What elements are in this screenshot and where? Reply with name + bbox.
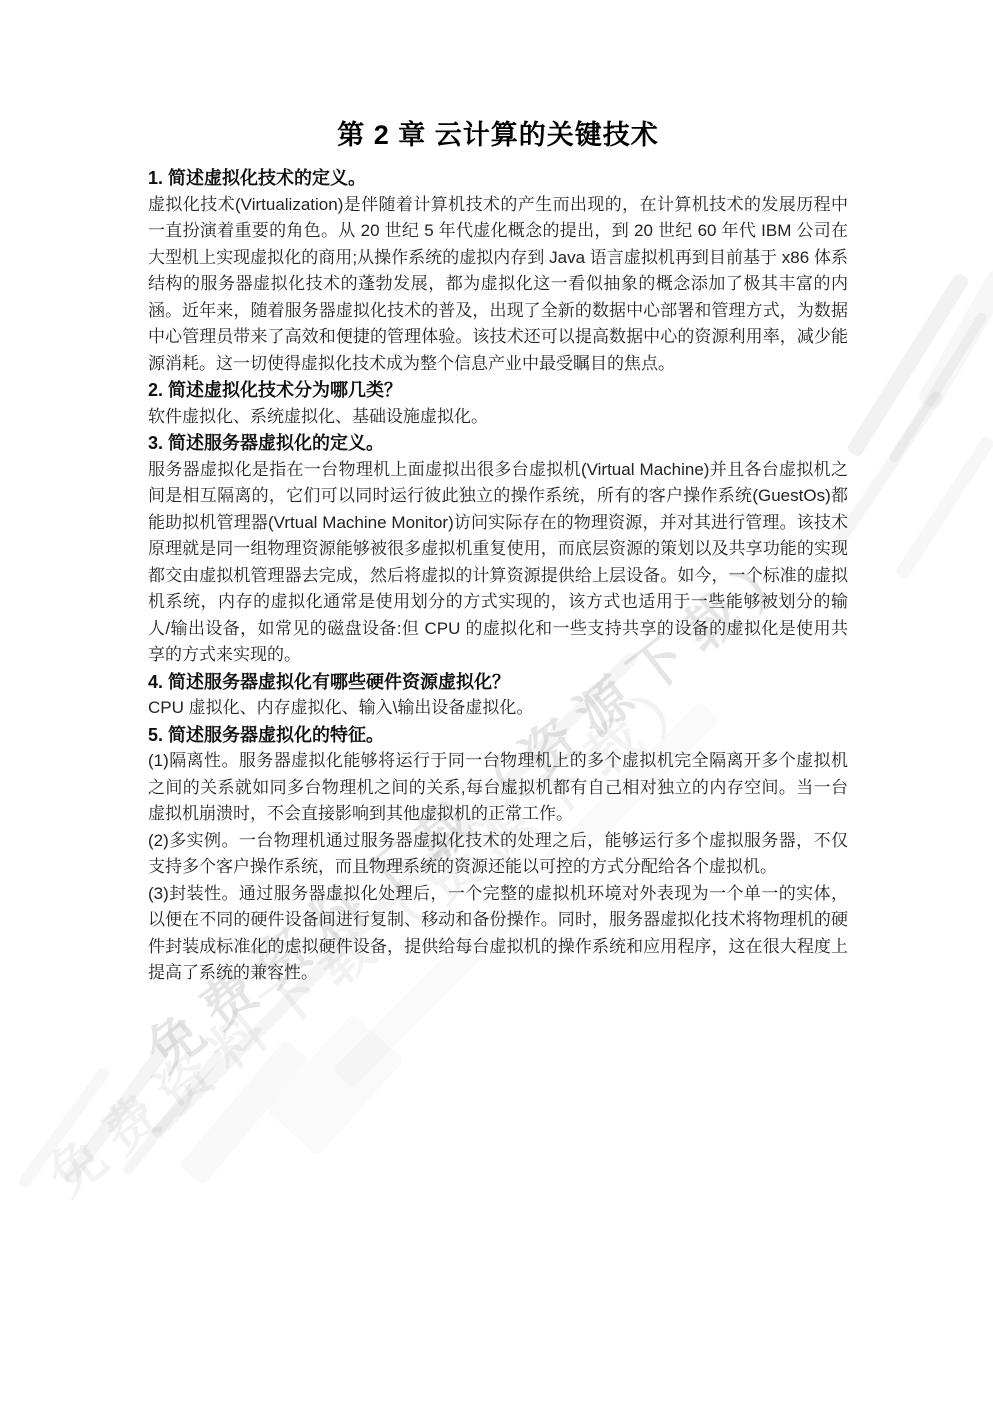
diagonal-streak [887,311,988,465]
diagonal-streak [179,1039,310,1186]
diagonal-streak [846,272,971,459]
question-3-heading: 3. 简述服务器虚拟化的定义。 [148,430,848,457]
answer-5-paragraph-3: (3)封装性。通过服务器虚拟化处理后，一个完整的虚拟机环境对外表现为一个单一的实… [148,881,848,987]
question-1-heading: 1. 简述虚拟化技术的定义。 [148,165,848,192]
answer-4-paragraph: CPU 虚拟化、内存虚拟化、输入\输出设备虚拟化。 [148,695,848,722]
diagonal-streak [265,1013,404,1156]
answer-2-paragraph: 软件虚拟化、系统虚拟化、基础设施虚拟化。 [148,404,848,431]
diagonal-streak [17,1065,112,1189]
question-5-heading: 5. 简述服务器虚拟化的特征。 [148,722,848,749]
answer-5-paragraph-2: (2)多实例。一台物理机通过服务器虚拟化技术的处理之后，能够运行多个虚拟服务器，… [148,828,848,881]
answer-3-paragraph: 服务器虚拟化是指在一台物理机上面虚拟出很多台虚拟机(Virtual Machin… [148,457,848,669]
document-content: 第 2 章 云计算的关键技术 1. 简述虚拟化技术的定义。 虚拟化技术(Virt… [148,116,848,987]
question-2-heading: 2. 简述虚拟化技术分为哪几类？ [148,377,848,404]
diagonal-streak [894,434,993,580]
document-page: 免费资料下载（资源下载） 免费资料下载（资源下载） 第 2 章 云计算的关键技术… [0,0,993,1404]
answer-5-paragraph-1: (1)隔离性。服务器虚拟化能够将运行于同一台物理机上的多个虚拟机完全隔离开多个虚… [148,748,848,828]
diagonal-streak [916,269,993,411]
answer-1-paragraph: 虚拟化技术(Virtualization)是伴随着计算机技术的产生而出现的，在计… [148,192,848,378]
diagonal-streak [121,1048,224,1176]
question-4-heading: 4. 简述服务器虚拟化有哪些硬件资源虚拟化？ [148,669,848,696]
diagonal-streak [62,1020,188,1186]
chapter-title: 第 2 章 云计算的关键技术 [148,116,848,154]
